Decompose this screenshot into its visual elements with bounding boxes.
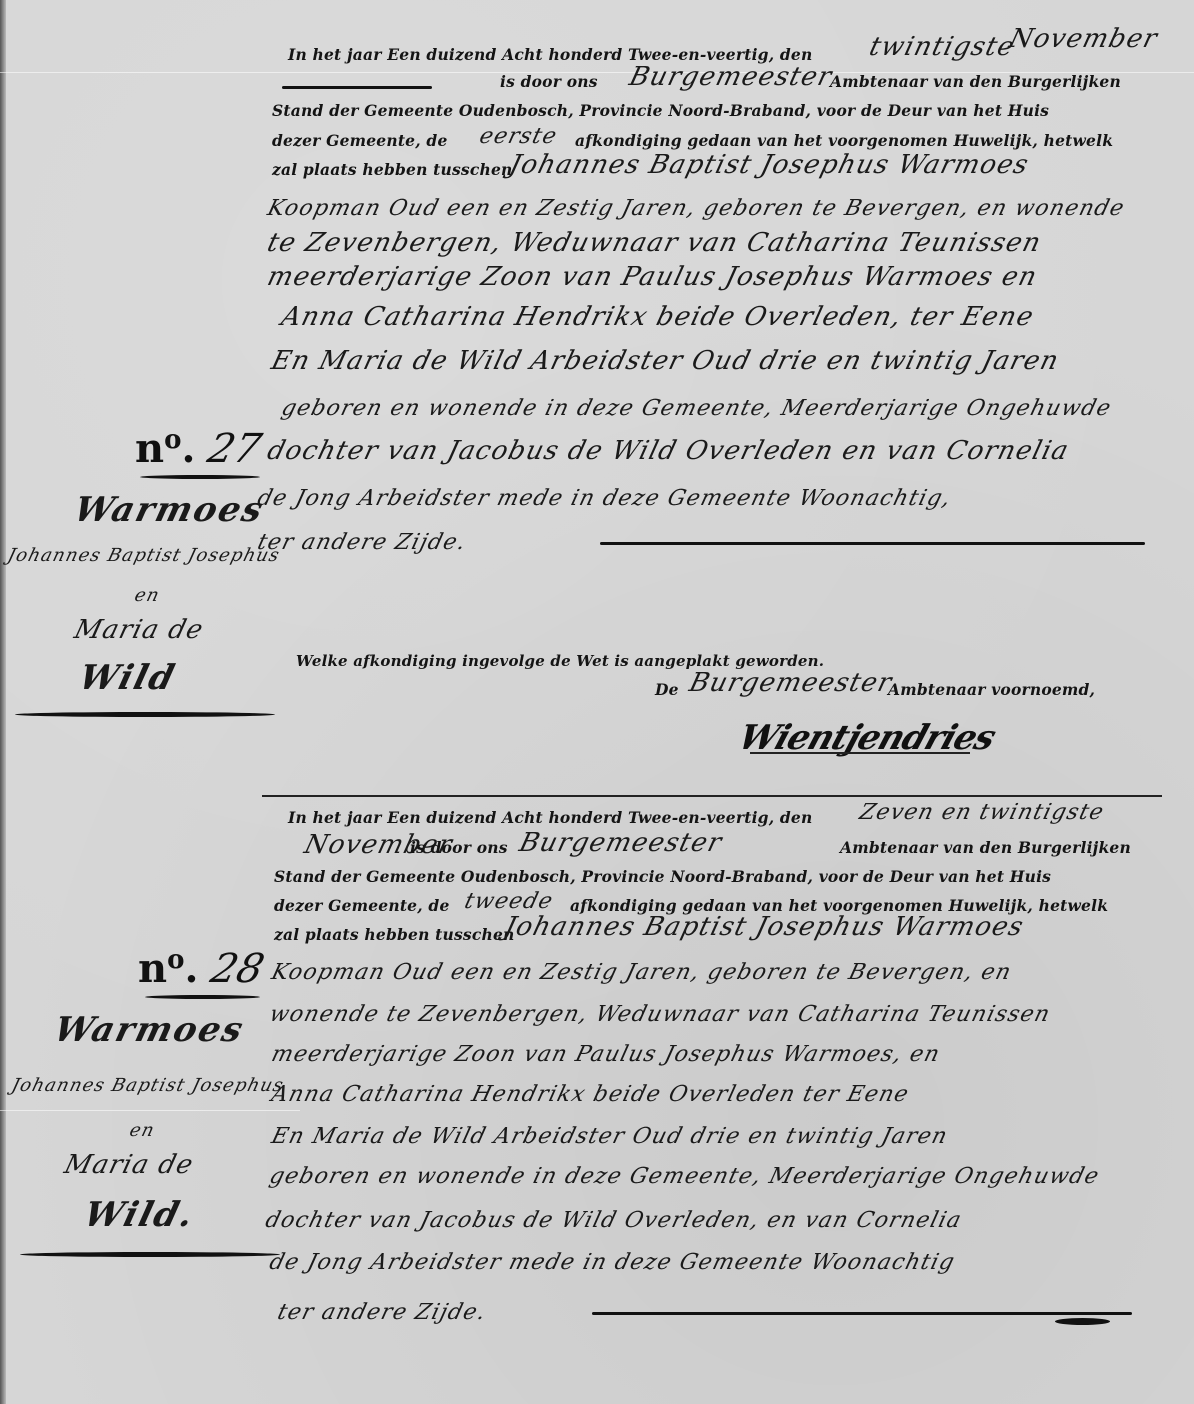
margin-flourish — [20, 1252, 280, 1257]
closing-rule — [600, 542, 1145, 545]
handwritten-line: de Jong Arbeidster mede in deze Gemeente… — [255, 486, 954, 511]
handwritten-line: Johannes Baptist Josephus Warmoes — [501, 912, 1027, 942]
number-underline — [140, 475, 260, 479]
handwritten-line: Koopman Oud een en Zestig Jaren, geboren… — [269, 960, 1014, 985]
handwritten-line: ter andere Zijde. — [275, 1300, 489, 1325]
printed-line-4b: afkondiging gedaan van het voorgenomen H… — [575, 131, 1113, 150]
page-left-edge — [0, 0, 6, 1404]
signer-prefix: De — [655, 680, 679, 699]
margin-groom-given-names: Johannes Baptist Josephus — [9, 1075, 286, 1096]
handwritten-line: wonende te Zevenbergen, Weduwnaar van Ca… — [267, 1002, 1053, 1027]
printed-line-2b: Ambtenaar van den Burgerlijken — [830, 72, 1121, 91]
handwritten-official: Burgemeester — [516, 828, 725, 858]
margin-surname: Warmoes — [70, 490, 269, 530]
handwritten-date-month: November — [1006, 24, 1161, 54]
printed-line-5a: zal plaats hebben tusschen — [272, 160, 512, 179]
margin-bride-surname: Wild — [75, 658, 180, 698]
margin-surname: Warmoes — [50, 1010, 249, 1050]
handwritten-line: Anna Catharina Hendrikx beide Overleden … — [269, 1082, 912, 1107]
signer-suffix: Ambtenaar voornoemd, — [888, 680, 1095, 699]
number-underline — [145, 995, 260, 999]
printed-line-1: In het jaar Een duizend Acht honderd Twe… — [288, 808, 812, 827]
handwritten-date-day: twintigste — [866, 32, 1018, 62]
handwritten-line: geboren en wonende in deze Gemeente, Mee… — [279, 396, 1114, 421]
handwritten-line: meerderjarige Zoon van Paulus Josephus W… — [269, 1042, 943, 1067]
handwritten-line: dochter van Jacobus de Wild Overleden, e… — [263, 1208, 965, 1233]
handwritten-line: dochter van Jacobus de Wild Overleden en… — [264, 436, 1072, 466]
handwritten-line: ter andere Zijde. — [255, 530, 469, 555]
margin-groom-given-names: Johannes Baptist Josephus — [5, 545, 282, 566]
handwritten-line: En Maria de Wild Arbeidster Oud drie en … — [268, 346, 1062, 376]
handwritten-line: Johannes Baptist Josephus Warmoes — [506, 150, 1032, 180]
margin-bride-surname: Wild. — [80, 1195, 199, 1235]
printed-line-5a: zal plaats hebben tusschen — [274, 925, 514, 944]
entry-number: no. 27 — [135, 425, 260, 472]
handwritten-line: En Maria de Wild Arbeidster Oud drie en … — [269, 1124, 951, 1149]
margin-bride-given-names: Maria de — [71, 615, 207, 645]
printed-line-2a: is door ons — [410, 838, 508, 857]
margin-conjunction: en — [132, 585, 162, 606]
printed-line-3: Stand der Gemeente Oudenbosch, Provincie… — [272, 101, 1049, 120]
entry-number: no. 28 — [138, 945, 263, 992]
signer-title: Burgemeester — [686, 668, 895, 698]
printed-line-3: Stand der Gemeente Oudenbosch, Provincie… — [274, 867, 1051, 886]
closing-flourish — [1055, 1318, 1110, 1325]
handwritten-ordinal: tweede — [462, 889, 556, 914]
printed-line-4a: dezer Gemeente, de — [274, 896, 450, 915]
handwritten-line: Anna Catharina Hendrikx beide Overleden,… — [278, 302, 1037, 332]
handwritten-line: te Zevenbergen, Weduwnaar van Catharina … — [264, 228, 1044, 258]
handwritten-line: meerderjarige Zoon van Paulus Josephus W… — [264, 262, 1040, 292]
margin-conjunction: en — [127, 1120, 157, 1141]
margin-bride-given-names: Maria de — [61, 1150, 197, 1180]
margin-flourish — [15, 712, 275, 717]
printed-line-2b: Ambtenaar van den Burgerlijken — [840, 838, 1131, 857]
handwritten-line: geboren en wonende in deze Gemeente, Mee… — [267, 1164, 1102, 1189]
printed-line-4a: dezer Gemeente, de — [272, 131, 448, 150]
signature-underline — [750, 752, 970, 754]
register-page: no. 27 Warmoes Johannes Baptist Josephus… — [0, 0, 1194, 1404]
handwritten-ordinal: eerste — [477, 124, 560, 149]
printed-line-2a: is door ons — [500, 72, 598, 91]
blank-rule — [282, 86, 432, 89]
handwritten-line: Koopman Oud een en Zestig Jaren, geboren… — [265, 196, 1128, 221]
closing-rule — [592, 1312, 1132, 1315]
handwritten-date-day: Zeven en twintigste — [857, 800, 1107, 825]
handwritten-line: de Jong Arbeidster mede in deze Gemeente… — [267, 1250, 958, 1275]
handwritten-official: Burgemeester — [626, 62, 835, 92]
scan-artifact-line — [0, 1110, 300, 1111]
section-divider — [262, 795, 1162, 797]
